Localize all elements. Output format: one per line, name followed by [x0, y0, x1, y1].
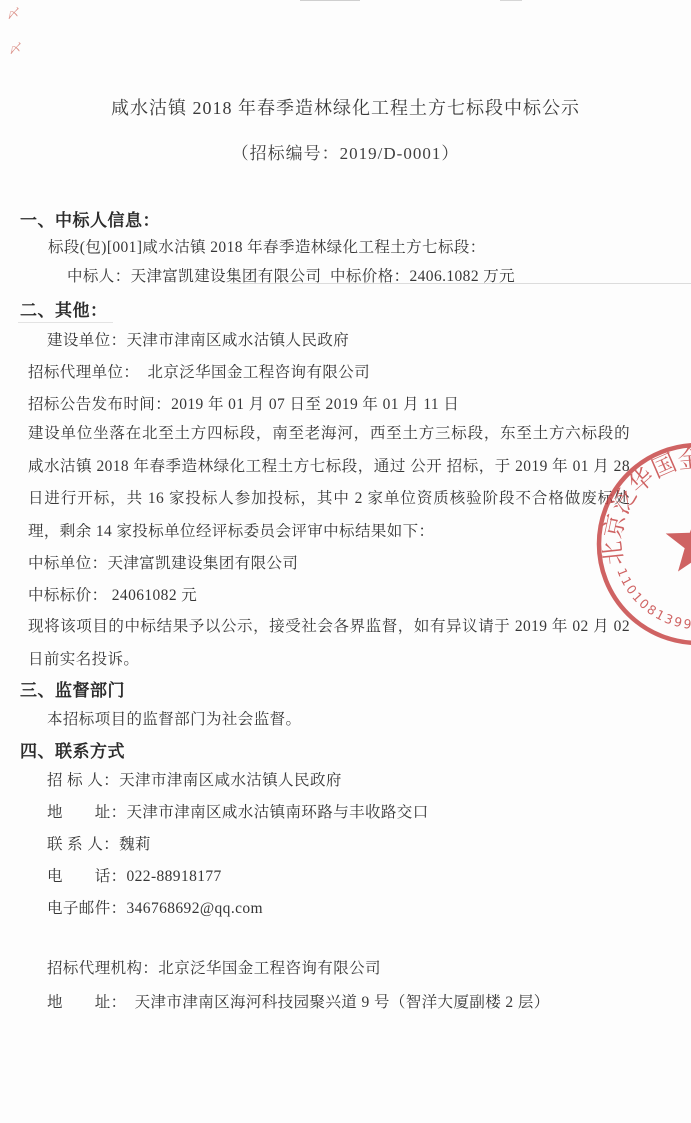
section1-heading: 一、中标人信息：: [20, 206, 160, 231]
tenderer-address-line: 地 址：天津市津南区咸水沽镇南环路与丰收路交口: [47, 800, 429, 822]
winner-unit-line: 中标单位：天津富凯建设集团有限公司: [28, 551, 298, 573]
red-pen-mark: 〆: [7, 3, 20, 22]
tender-number: （招标编号：2019/D-0001）: [0, 139, 691, 164]
winner-price: 中标价格：2406.1082 万元: [330, 264, 515, 286]
contact-person-line: 联 系 人：魏莉: [47, 832, 151, 854]
agency-address-line: 地 址： 天津市津南区海河科技园聚兴道 9 号（智洋大厦副楼 2 层）: [47, 990, 550, 1012]
email-line: 电子邮件：346768692@qq.com: [47, 896, 263, 918]
scan-artifact: [500, 0, 522, 1]
winner-name: 中标人：天津富凯建设集团有限公司: [67, 264, 321, 286]
scan-artifact: [18, 322, 113, 323]
tenderer-line: 招 标 人：天津市津南区咸水沽镇人民政府: [47, 768, 342, 790]
document-page: 〆 〆 咸水沽镇 2018 年春季造林绿化工程土方七标段中标公示 （招标编号：2…: [0, 0, 691, 1123]
agency-org-line: 招标代理机构：北京泛华国金工程咨询有限公司: [47, 956, 381, 978]
owner-line: 建设单位：天津市津南区咸水沽镇人民政府: [47, 328, 349, 350]
project-paragraph: 建设单位坐落在北至土方四标段，南至老海河，西至土方三标段，东至土方六标段的咸水沽…: [28, 418, 630, 548]
notice-paragraph: 现将该项目的中标结果予以公示，接受社会各界监督，如有异议请于 2019 年 02…: [28, 611, 630, 676]
announce-period-line: 招标公告发布时间：2019 年 01 月 07 日至 2019 年 01 月 1…: [28, 392, 459, 414]
agency-line: 招标代理单位： 北京泛华国金工程咨询有限公司: [28, 360, 370, 382]
seal-star-icon: [666, 510, 691, 572]
document-title: 咸水沽镇 2018 年春季造林绿化工程土方七标段中标公示: [0, 94, 691, 120]
red-pen-mark: 〆: [9, 38, 22, 57]
scan-artifact: [300, 0, 360, 1]
bid-price-line: 中标标价： 24061082 元: [28, 583, 197, 605]
section2-heading: 二、其他：: [20, 296, 108, 321]
package-line: 标段(包)[001]咸水沽镇 2018 年春季造林绿化工程土方七标段：: [48, 235, 486, 257]
supervision-line: 本招标项目的监督部门为社会监督。: [47, 707, 301, 729]
section3-heading: 三、监督部门: [20, 676, 125, 701]
phone-line: 电 话：022-88918177: [47, 864, 222, 886]
section4-heading: 四、联系方式: [20, 737, 125, 762]
